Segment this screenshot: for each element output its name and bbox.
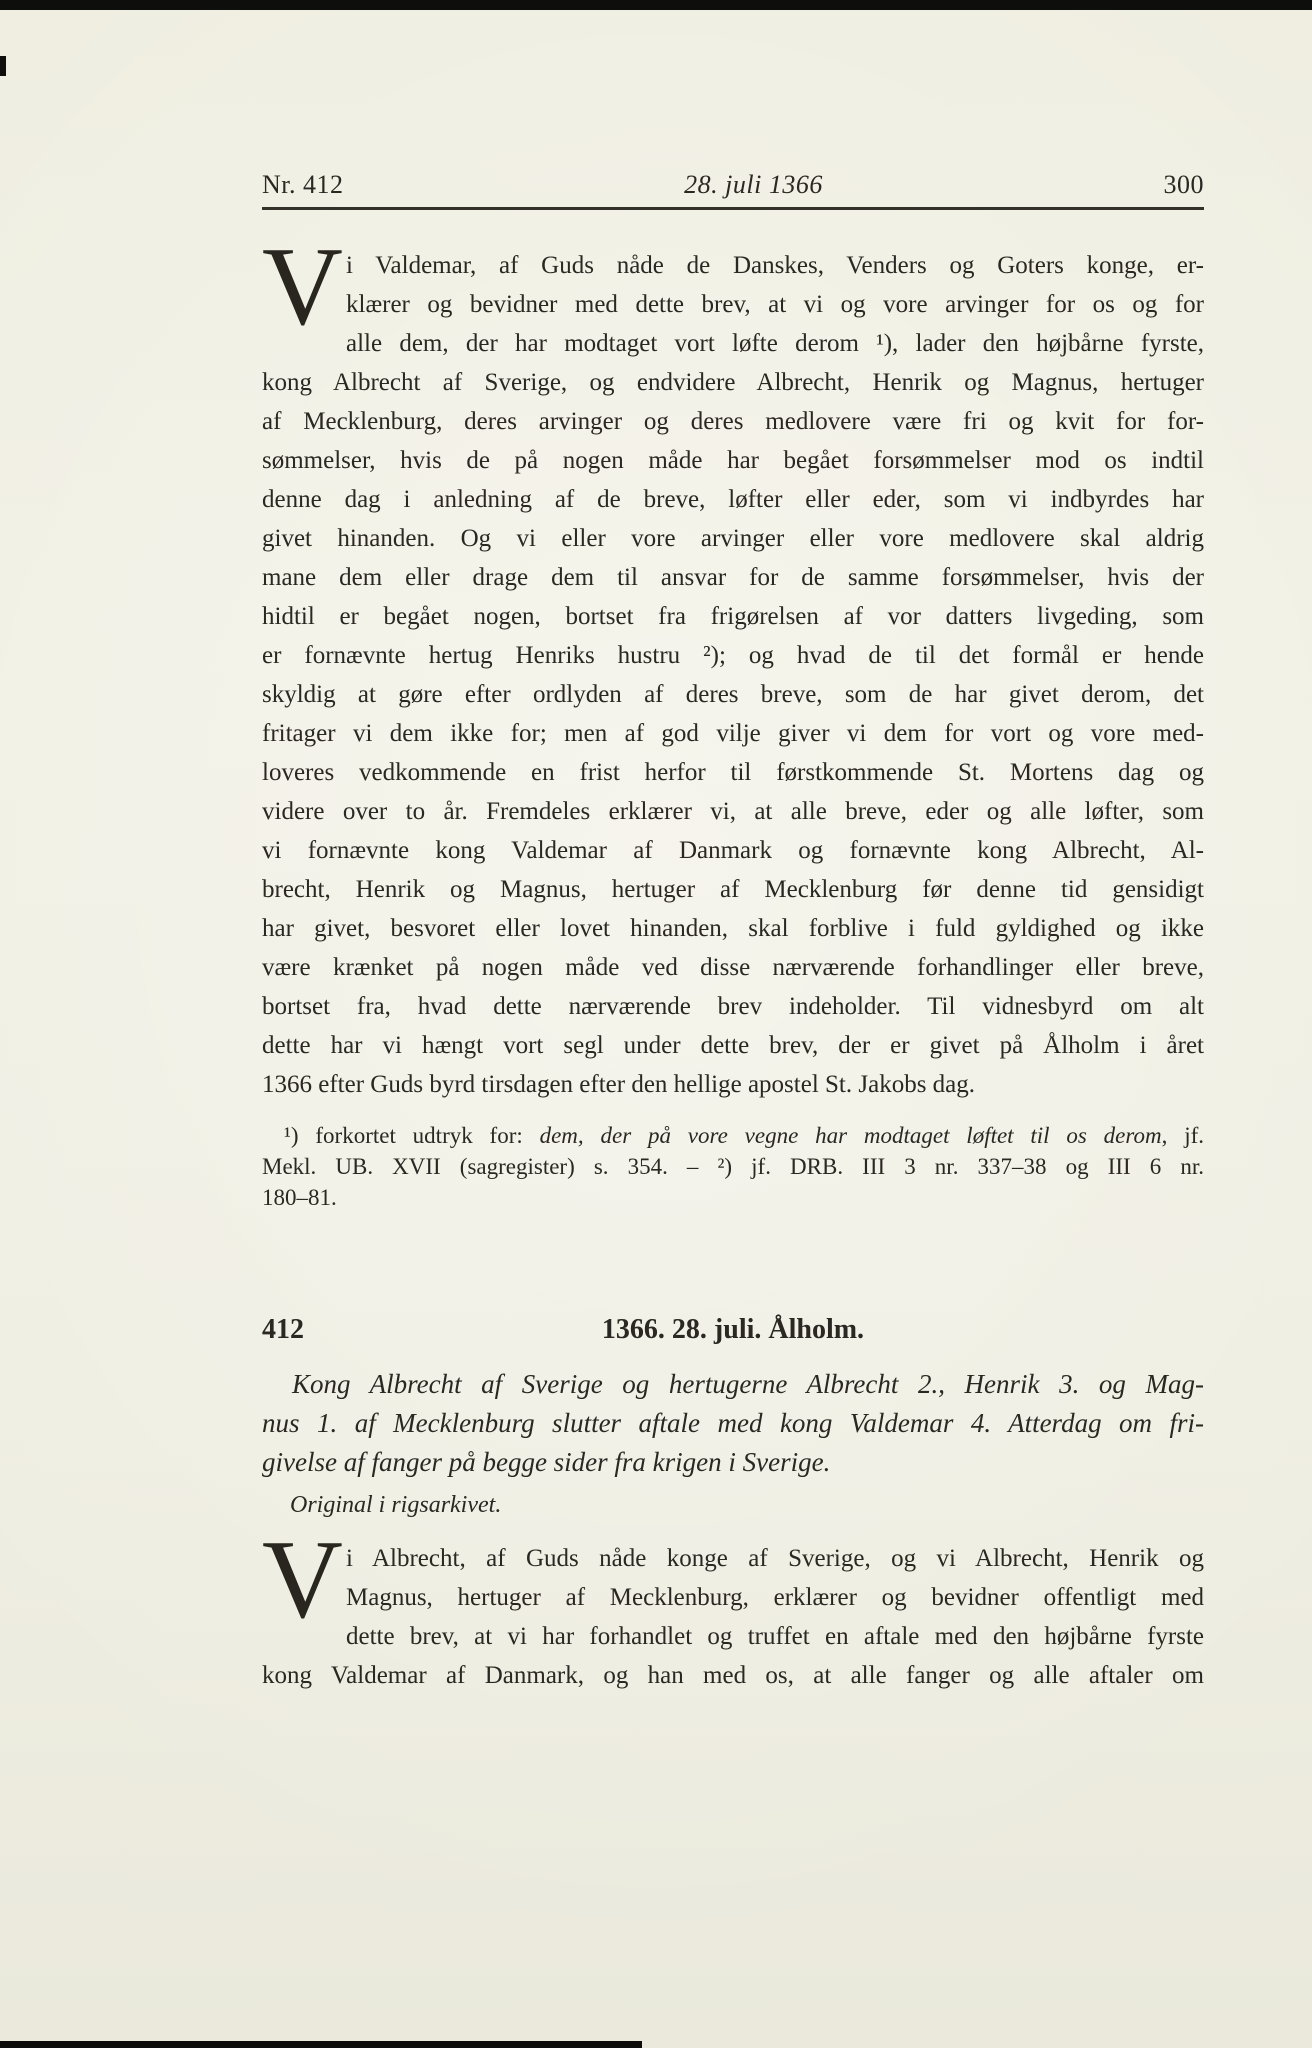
text-line: hidtil er begået nogen, bortset fra frig… [262, 597, 1204, 636]
date-running: 28. juli 1366 [684, 170, 823, 200]
scanned-book-page: Nr. 412 28. juli 1366 300 V i Valdemar, … [0, 0, 1312, 2048]
footnote-line: Mekl. UB. XVII (sagregister) s. 354. – ²… [262, 1151, 1204, 1182]
text-line: kong Albrecht af Sverige, og endvidere A… [262, 363, 1204, 402]
page-number: 300 [1163, 170, 1204, 200]
entry-412-summary: Kong Albrecht af Sverige og hertugerne A… [262, 1365, 1204, 1482]
text-line: loveres vedkommende en frist herfor til … [262, 753, 1204, 792]
text-line: 1366 efter Guds byrd tirsdagen efter den… [262, 1065, 1204, 1104]
text-line: Magnus, hertuger af Mecklenburg, erklære… [262, 1578, 1204, 1617]
summary-line: nus 1. af Mecklenburg slutter aftale med… [262, 1404, 1204, 1443]
text-line: har givet, besvoret eller lovet hinanden… [262, 909, 1204, 948]
text-line: i Albrecht, af Guds nåde konge af Sverig… [262, 1539, 1204, 1578]
scan-artifact-left-notch [0, 56, 6, 76]
text-line: kong Valdemar af Danmark, og han med os,… [262, 1656, 1204, 1695]
text-line: sømmelser, hvis de på nogen måde har beg… [262, 441, 1204, 480]
text-line: brecht, Henrik og Magnus, hertuger af Me… [262, 870, 1204, 909]
summary-line: Kong Albrecht af Sverige og hertugerne A… [262, 1365, 1204, 1404]
drop-cap-v: V [262, 1541, 342, 1619]
text-line: fritager vi dem ikke for; men af god vil… [262, 714, 1204, 753]
summary-line: givelse af fanger på begge sider fra kri… [262, 1443, 1204, 1482]
text-line: dette brev, at vi har forhandlet og truf… [262, 1617, 1204, 1656]
footnote-line: ¹) forkortet udtryk for: dem, der på vor… [262, 1120, 1204, 1151]
text-line: i Valdemar, af Guds nåde de Danskes, Ven… [262, 246, 1204, 285]
text-line: videre over to år. Fremdeles erklærer vi… [262, 792, 1204, 831]
entry-411-paragraph: V i Valdemar, af Guds nåde de Danskes, V… [262, 246, 1204, 1104]
entry-412-date-place: 1366. 28. juli. Ålholm. [602, 1314, 864, 1345]
text-line: dette har vi hængt vort segl under dette… [262, 1026, 1204, 1065]
text-line: vi fornævnte kong Valdemar af Danmark og… [262, 831, 1204, 870]
running-head: Nr. 412 28. juli 1366 300 [262, 170, 1204, 210]
text-line: skyldig at gøre efter ordlyden af deres … [262, 675, 1204, 714]
text-line: er fornævnte hertug Henriks hustru ²); o… [262, 636, 1204, 675]
text-line: af Mecklenburg, deres arvinger og deres … [262, 402, 1204, 441]
text-line: mane dem eller drage dem til ansvar for … [262, 558, 1204, 597]
footnote-line: 180–81. [262, 1182, 1204, 1213]
text-line: bortset fra, hvad dette nærværende brev … [262, 987, 1204, 1026]
text-line: denne dag i anledning af de breve, løfte… [262, 480, 1204, 519]
text-line: klærer og bevidner med dette brev, at vi… [262, 285, 1204, 324]
source-note: Original i rigsarkivet. [262, 1490, 1204, 1521]
entry-412-heading: 412 1366. 28. juli. Ålholm. [262, 1313, 1204, 1347]
drop-cap-v: V [262, 248, 342, 326]
footnote-1-marker-text: ¹) forkortet udtryk for: [284, 1123, 540, 1148]
footnote-block: ¹) forkortet udtryk for: dem, der på vor… [262, 1120, 1204, 1213]
footnote-1-italic-citation: dem, der på vore vegne har modtaget løft… [540, 1123, 1162, 1148]
entry-number-running: Nr. 412 [262, 170, 344, 200]
entry-412-paragraph: V i Albrecht, af Guds nåde konge af Sver… [262, 1539, 1204, 1695]
text-line: være krænket på nogen måde ved disse nær… [262, 948, 1204, 987]
text-line: alle dem, der har modtaget vort løfte de… [262, 324, 1204, 363]
scan-artifact-bottom-bar [0, 2041, 642, 2048]
text-column: Nr. 412 28. juli 1366 300 V i Valdemar, … [262, 0, 1204, 1695]
footnote-1-tail: , jf. [1162, 1123, 1204, 1148]
text-line: givet hinanden. Og vi eller vore arvinge… [262, 519, 1204, 558]
entry-412-number: 412 [262, 1313, 304, 1347]
